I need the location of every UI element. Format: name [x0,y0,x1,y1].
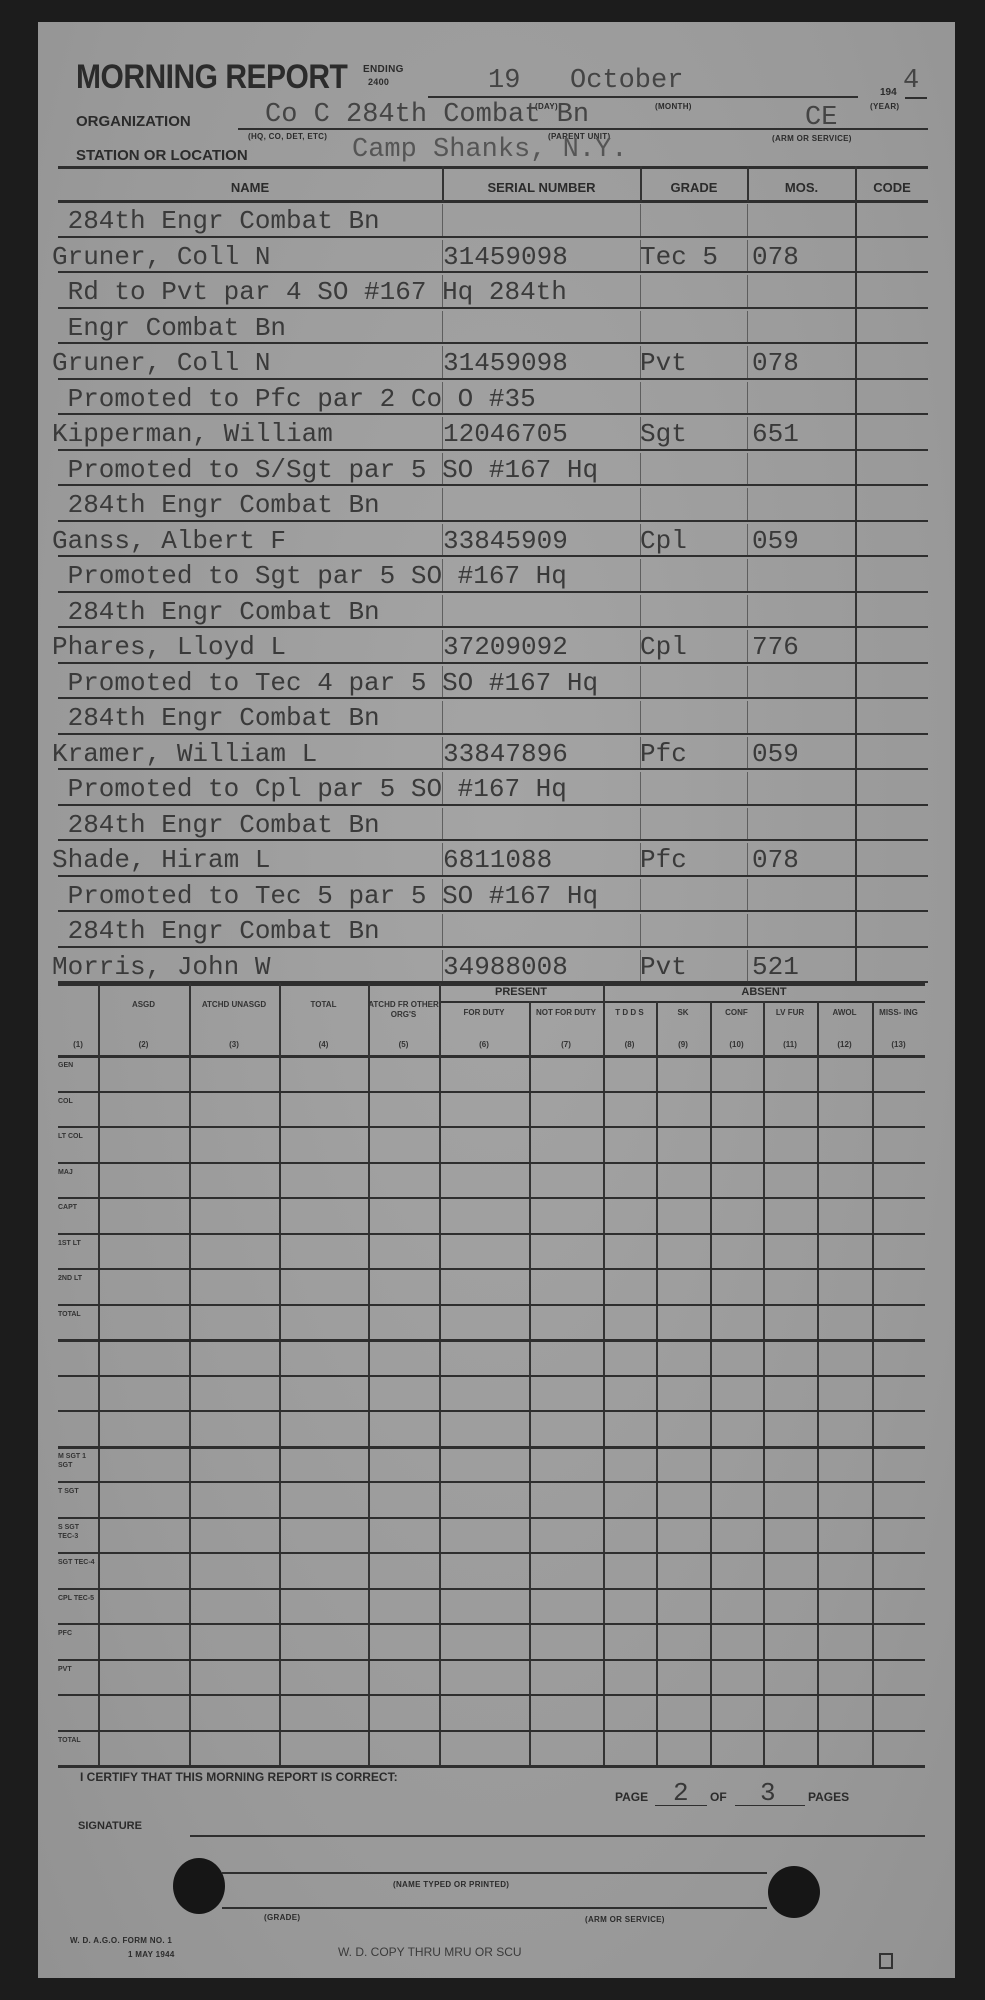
roster-cell-name: Gruner, Coll N [52,348,442,378]
col-header-mos: MOS. [748,180,855,195]
roster-cell-tick [747,630,748,662]
roster-cell-tick [747,559,748,591]
ending-time-label: 2400 [368,77,389,87]
strength-col-label: FOR DUTY [439,1008,529,1018]
date-line [428,96,858,98]
roster-cell-mos: 651 [752,419,852,449]
absent-group-header: ABSENT [603,986,925,998]
present-group-header: PRESENT [439,986,603,998]
roster-cell-mos: 059 [752,739,852,769]
strength-col-label: T D D S [603,1008,656,1018]
grade-caption: (GRADE) [264,1913,300,1922]
roster-cell-name: Kramer, William L [52,739,442,769]
roster-cell-tick [442,595,443,627]
grade-row-label: PFC [58,1629,96,1638]
roster-cell-name: 284th Engr Combat Bn [52,490,442,520]
roster-cell-tick [747,524,748,556]
checkbox-square[interactable] [879,1953,893,1969]
roster-cell-tick [747,772,748,804]
roster-cell-tick [747,346,748,378]
roster-cell-name: Promoted to S/Sgt par 5 SO #167 Hq [52,455,442,485]
strength-row-line [58,1694,925,1696]
name-caption: (NAME TYPED OR PRINTED) [393,1880,509,1889]
year-caption: (YEAR) [870,102,899,111]
grade-row-label: CAPT [58,1203,96,1212]
roster-cell-name: 284th Engr Combat Bn [52,597,442,627]
roster-row-line [58,662,928,664]
grade-row-label: MAJ [58,1168,96,1177]
roster-cell-name: 284th Engr Combat Bn [52,703,442,733]
roster-cell-tick [640,417,641,449]
strength-row-line [58,1552,925,1554]
roster-row-line [58,804,928,806]
strength-column-line [817,1001,819,1765]
roster-cell-name: Shade, Hiram L [52,845,442,875]
roster-cell-tick [442,666,443,698]
strength-row-line [58,1588,925,1590]
roster-cell-mos: 776 [752,632,852,662]
strength-row-line [58,1517,925,1519]
roster-cell-tick [442,630,443,662]
roster-cell-name: Rd to Pvt par 4 SO #167 Hq 284th [52,277,442,307]
strength-col-label: ATCHD FR OTHER ORG'S [368,1000,439,1020]
grade-row-label: TOTAL [58,1736,96,1745]
strength-col-number: (9) [656,1040,710,1050]
roster-row-line [58,449,928,451]
roster-cell-mos: 078 [752,242,852,272]
roster-cell-tick [640,311,641,343]
roster-cell-tick [640,453,641,485]
strength-column-line [872,1001,874,1765]
roster-cell-name: Ganss, Albert F [52,526,442,556]
strength-row-line [58,1304,925,1306]
arm-service-caption: (ARM OR SERVICE) [585,1915,665,1924]
page-total: 3 [760,1778,776,1808]
roster-cell-tick [747,595,748,627]
col-header-code: CODE [856,180,928,195]
strength-col-number: (8) [603,1040,656,1050]
roster-cell-tick [640,240,641,272]
roster-cell-tick [640,879,641,911]
year-line [905,97,927,99]
strength-col-number: (3) [189,1040,279,1050]
roster-cell-tick [640,595,641,627]
roster-row-line [58,307,928,309]
roster-cell-tick [747,879,748,911]
strength-row-line [58,1268,925,1270]
roster-cell-tick [747,311,748,343]
roster-cell-tick [747,240,748,272]
strength-column-line [98,983,100,1765]
strength-row-line [58,1623,925,1625]
grade-row-label: 2ND LT [58,1274,96,1283]
roster-cell-tick [640,914,641,946]
roster-cell-tick [747,914,748,946]
strength-column-line [529,1001,531,1765]
strength-column-line [439,983,441,1765]
roster-cell-tick [442,843,443,875]
roster-cell-tick [442,311,443,343]
grade-row-label: GEN [58,1061,96,1070]
roster-cell-tick [640,843,641,875]
strength-col-number: (2) [98,1040,189,1050]
roster-cell-tick [442,737,443,769]
grade-row-label: TOTAL [58,1310,96,1319]
grade-line [222,1907,767,1909]
roster-cell-tick [442,240,443,272]
roster-cell-tick [747,808,748,840]
organization-line [238,128,928,130]
routing-text: W. D. COPY THRU MRU OR SCU [338,1945,522,1959]
roster-cell-serial: 33845909 [443,526,643,556]
strength-row-line [58,1659,925,1661]
roster-cell-tick [747,275,748,307]
strength-row-line [58,1339,925,1342]
grade-row-label: PVT [58,1665,96,1674]
roster-cell-tick [442,346,443,378]
roster-cell-tick [442,879,443,911]
strength-row-line [58,1126,925,1128]
roster-cell-name: 284th Engr Combat Bn [52,916,442,946]
present-absent-divider [439,1001,925,1003]
roster-cell-tick [442,488,443,520]
organization-label: ORGANIZATION [76,113,191,130]
roster-cell-name: Promoted to Cpl par 5 SO #167 Hq [52,774,442,804]
grade-row-label: COL [58,1097,96,1106]
roster-cell-grade: Pvt [640,348,750,378]
roster-cell-tick [442,808,443,840]
report-year-digit: 4 [903,66,919,96]
col-header-serial: SERIAL NUMBER [443,180,640,195]
roster-cell-tick [747,204,748,236]
roster-cell-mos: 059 [752,526,852,556]
strength-col-label: MISS- ING [872,1008,925,1018]
roster-cell-tick [442,950,443,982]
roster-row-line [58,875,928,877]
roster-cell-tick [640,275,641,307]
roster-divider [442,166,444,202]
strength-column-line [656,1001,658,1765]
roster-header-border [58,200,928,203]
roster-cell-name: Promoted to Tec 5 par 5 SO #167 Hq [52,881,442,911]
roster-cell-tick [747,417,748,449]
roster-cell-name: Promoted to Pfc par 2 Co O #35 [52,384,442,414]
station-label: STATION OR LOCATION [76,147,248,164]
roster-cell-tick [747,701,748,733]
strength-col-number: (10) [710,1040,763,1050]
roster-row-line [58,378,928,380]
certify-text: I CERTIFY THAT THIS MORNING REPORT IS CO… [80,1770,398,1784]
roster-cell-tick [442,453,443,485]
roster-cell-tick [640,382,641,414]
roster-cell-tick [640,524,641,556]
roster-row-line [58,236,928,238]
roster-cell-tick [640,808,641,840]
form-date: 1 MAY 1944 [128,1950,175,1959]
strength-column-line [189,983,191,1765]
roster-cell-tick [640,630,641,662]
roster-cell-tick [640,701,641,733]
strength-column-line [603,983,605,1765]
roster-cell-tick [442,382,443,414]
of-label: OF [710,1790,727,1804]
strength-col-label: LV FUR [763,1008,817,1018]
strength-row-line [58,1091,925,1093]
roster-cell-name: Gruner, Coll N [52,242,442,272]
roster-row-line [58,733,928,735]
roster-cell-tick [640,737,641,769]
roster-cell-tick [747,488,748,520]
org-caption: (HQ, CO, DET, ETC) [248,132,327,141]
roster-top-border [58,166,928,169]
roster-cell-name: Morris, John W [52,952,442,982]
roster-cell-name: 284th Engr Combat Bn [52,206,442,236]
strength-col-number: (12) [817,1040,872,1050]
roster-cell-tick [442,417,443,449]
station-value: Camp Shanks, N.Y. [352,135,627,165]
organization-value: Co C 284th Combat Bn [265,100,589,130]
roster-cell-serial: 6811088 [443,845,643,875]
strength-row-line [58,1410,925,1412]
col-header-name: NAME [58,180,442,195]
roster-cell-tick [640,204,641,236]
strength-row-line [58,1162,925,1164]
roster-cell-tick [640,666,641,698]
roster-cell-tick [442,559,443,591]
roster-cell-mos: 078 [752,348,852,378]
form-number: W. D. A.G.O. FORM NO. 1 [70,1936,172,1945]
signature-line[interactable] [190,1835,925,1837]
page-number: 2 [673,1778,689,1808]
report-month: October [570,66,683,96]
roster-cell-tick [747,950,748,982]
strength-row-line [58,1446,925,1449]
signature-label: SIGNATURE [78,1820,142,1832]
grade-row-label: LT COL [58,1132,96,1141]
roster-cell-grade: Tec 5 [640,242,750,272]
roster-cell-tick [747,843,748,875]
report-day: 19 [488,66,520,96]
roster-cell-serial: 33847896 [443,739,643,769]
strength-row-line [58,1233,925,1235]
roster-code-divider [855,166,857,984]
roster-cell-name: Engr Combat Bn [52,313,442,343]
name-line [222,1872,767,1874]
roster-cell-tick [442,524,443,556]
form-title: MORNING REPORT [76,58,347,97]
strength-col-number: (4) [279,1040,368,1050]
roster-cell-name: Phares, Lloyd L [52,632,442,662]
strength-col-number: (11) [763,1040,817,1050]
grade-row-label: CPL TEC-5 [58,1594,96,1603]
strength-row-line [58,1197,925,1199]
roster-cell-tick [747,737,748,769]
pages-label: PAGES [808,1790,849,1804]
roster-divider [747,166,749,202]
roster-row-line [58,946,928,948]
grade-row-label: 1ST LT [58,1239,96,1248]
roster-cell-grade: Cpl [640,526,750,556]
year-prefix: 194 [880,87,897,98]
strength-col-number: (5) [368,1040,439,1050]
strength-col-label: AWOL [817,1008,872,1018]
strength-col-label: ASGD [98,1000,189,1010]
arm-caption: (ARM OR SERVICE) [772,134,852,143]
roster-cell-tick [442,772,443,804]
roster-cell-grade: Pfc [640,739,750,769]
strength-col-label: ATCHD UNASGD [189,1000,279,1010]
roster-cell-tick [640,346,641,378]
roster-cell-name: 284th Engr Combat Bn [52,810,442,840]
roster-cell-tick [640,559,641,591]
roster-row-line [58,591,928,593]
strength-column-line [279,983,281,1765]
roster-cell-mos: 521 [752,952,852,982]
roster-cell-tick [442,275,443,307]
roster-cell-name: Kipperman, William [52,419,442,449]
roster-cell-tick [640,950,641,982]
roster-cell-grade: Pfc [640,845,750,875]
grade-row-label: S SGT TEC-3 [58,1523,96,1541]
roster-cell-tick [442,204,443,236]
roster-cell-serial: 37209092 [443,632,643,662]
strength-row-line [58,1765,925,1768]
strength-row-line [58,1481,925,1483]
strength-col-label: NOT FOR DUTY [529,1008,603,1018]
strength-column-line [368,983,370,1765]
roster-cell-serial: 31459098 [443,348,643,378]
grade-row-label: SGT TEC-4 [58,1558,96,1567]
roster-cell-serial: 12046705 [443,419,643,449]
roster-cell-tick [442,701,443,733]
strength-row-line [58,1375,925,1377]
strength-col-number: (1) [58,1040,98,1050]
roster-cell-tick [640,772,641,804]
binder-hole-left-icon [173,1858,225,1914]
page-label: PAGE [615,1790,648,1804]
grade-row-label: M SGT 1 SGT [58,1452,96,1470]
binder-hole-right-icon [768,1866,820,1918]
roster-divider [640,166,642,202]
roster-cell-grade: Cpl [640,632,750,662]
strength-col-label: TOTAL [279,1000,368,1010]
roster-cell-tick [747,666,748,698]
roster-cell-tick [640,488,641,520]
roster-cell-serial: 31459098 [443,242,643,272]
roster-cell-mos: 078 [752,845,852,875]
roster-row-line [58,520,928,522]
strength-col-label: SK [656,1008,710,1018]
roster-cell-name: Promoted to Tec 4 par 5 SO #167 Hq [52,668,442,698]
month-caption: (MONTH) [655,102,692,111]
ending-label: ENDING [363,64,404,75]
strength-col-number: (13) [872,1040,925,1050]
strength-col-number: (7) [529,1040,603,1050]
strength-row-line [58,1730,925,1732]
roster-cell-tick [747,382,748,414]
roster-cell-grade: Pvt [640,952,750,982]
strength-col-number: (6) [439,1040,529,1050]
strength-column-line [710,1001,712,1765]
roster-cell-name: Promoted to Sgt par 5 SO #167 Hq [52,561,442,591]
strength-col-label: CONF [710,1008,763,1018]
col-header-grade: GRADE [641,180,747,195]
roster-cell-grade: Sgt [640,419,750,449]
roster-cell-tick [747,453,748,485]
roster-cell-tick [442,914,443,946]
strength-column-line [763,1001,765,1765]
grade-row-label: T SGT [58,1487,96,1496]
roster-cell-serial: 34988008 [443,952,643,982]
